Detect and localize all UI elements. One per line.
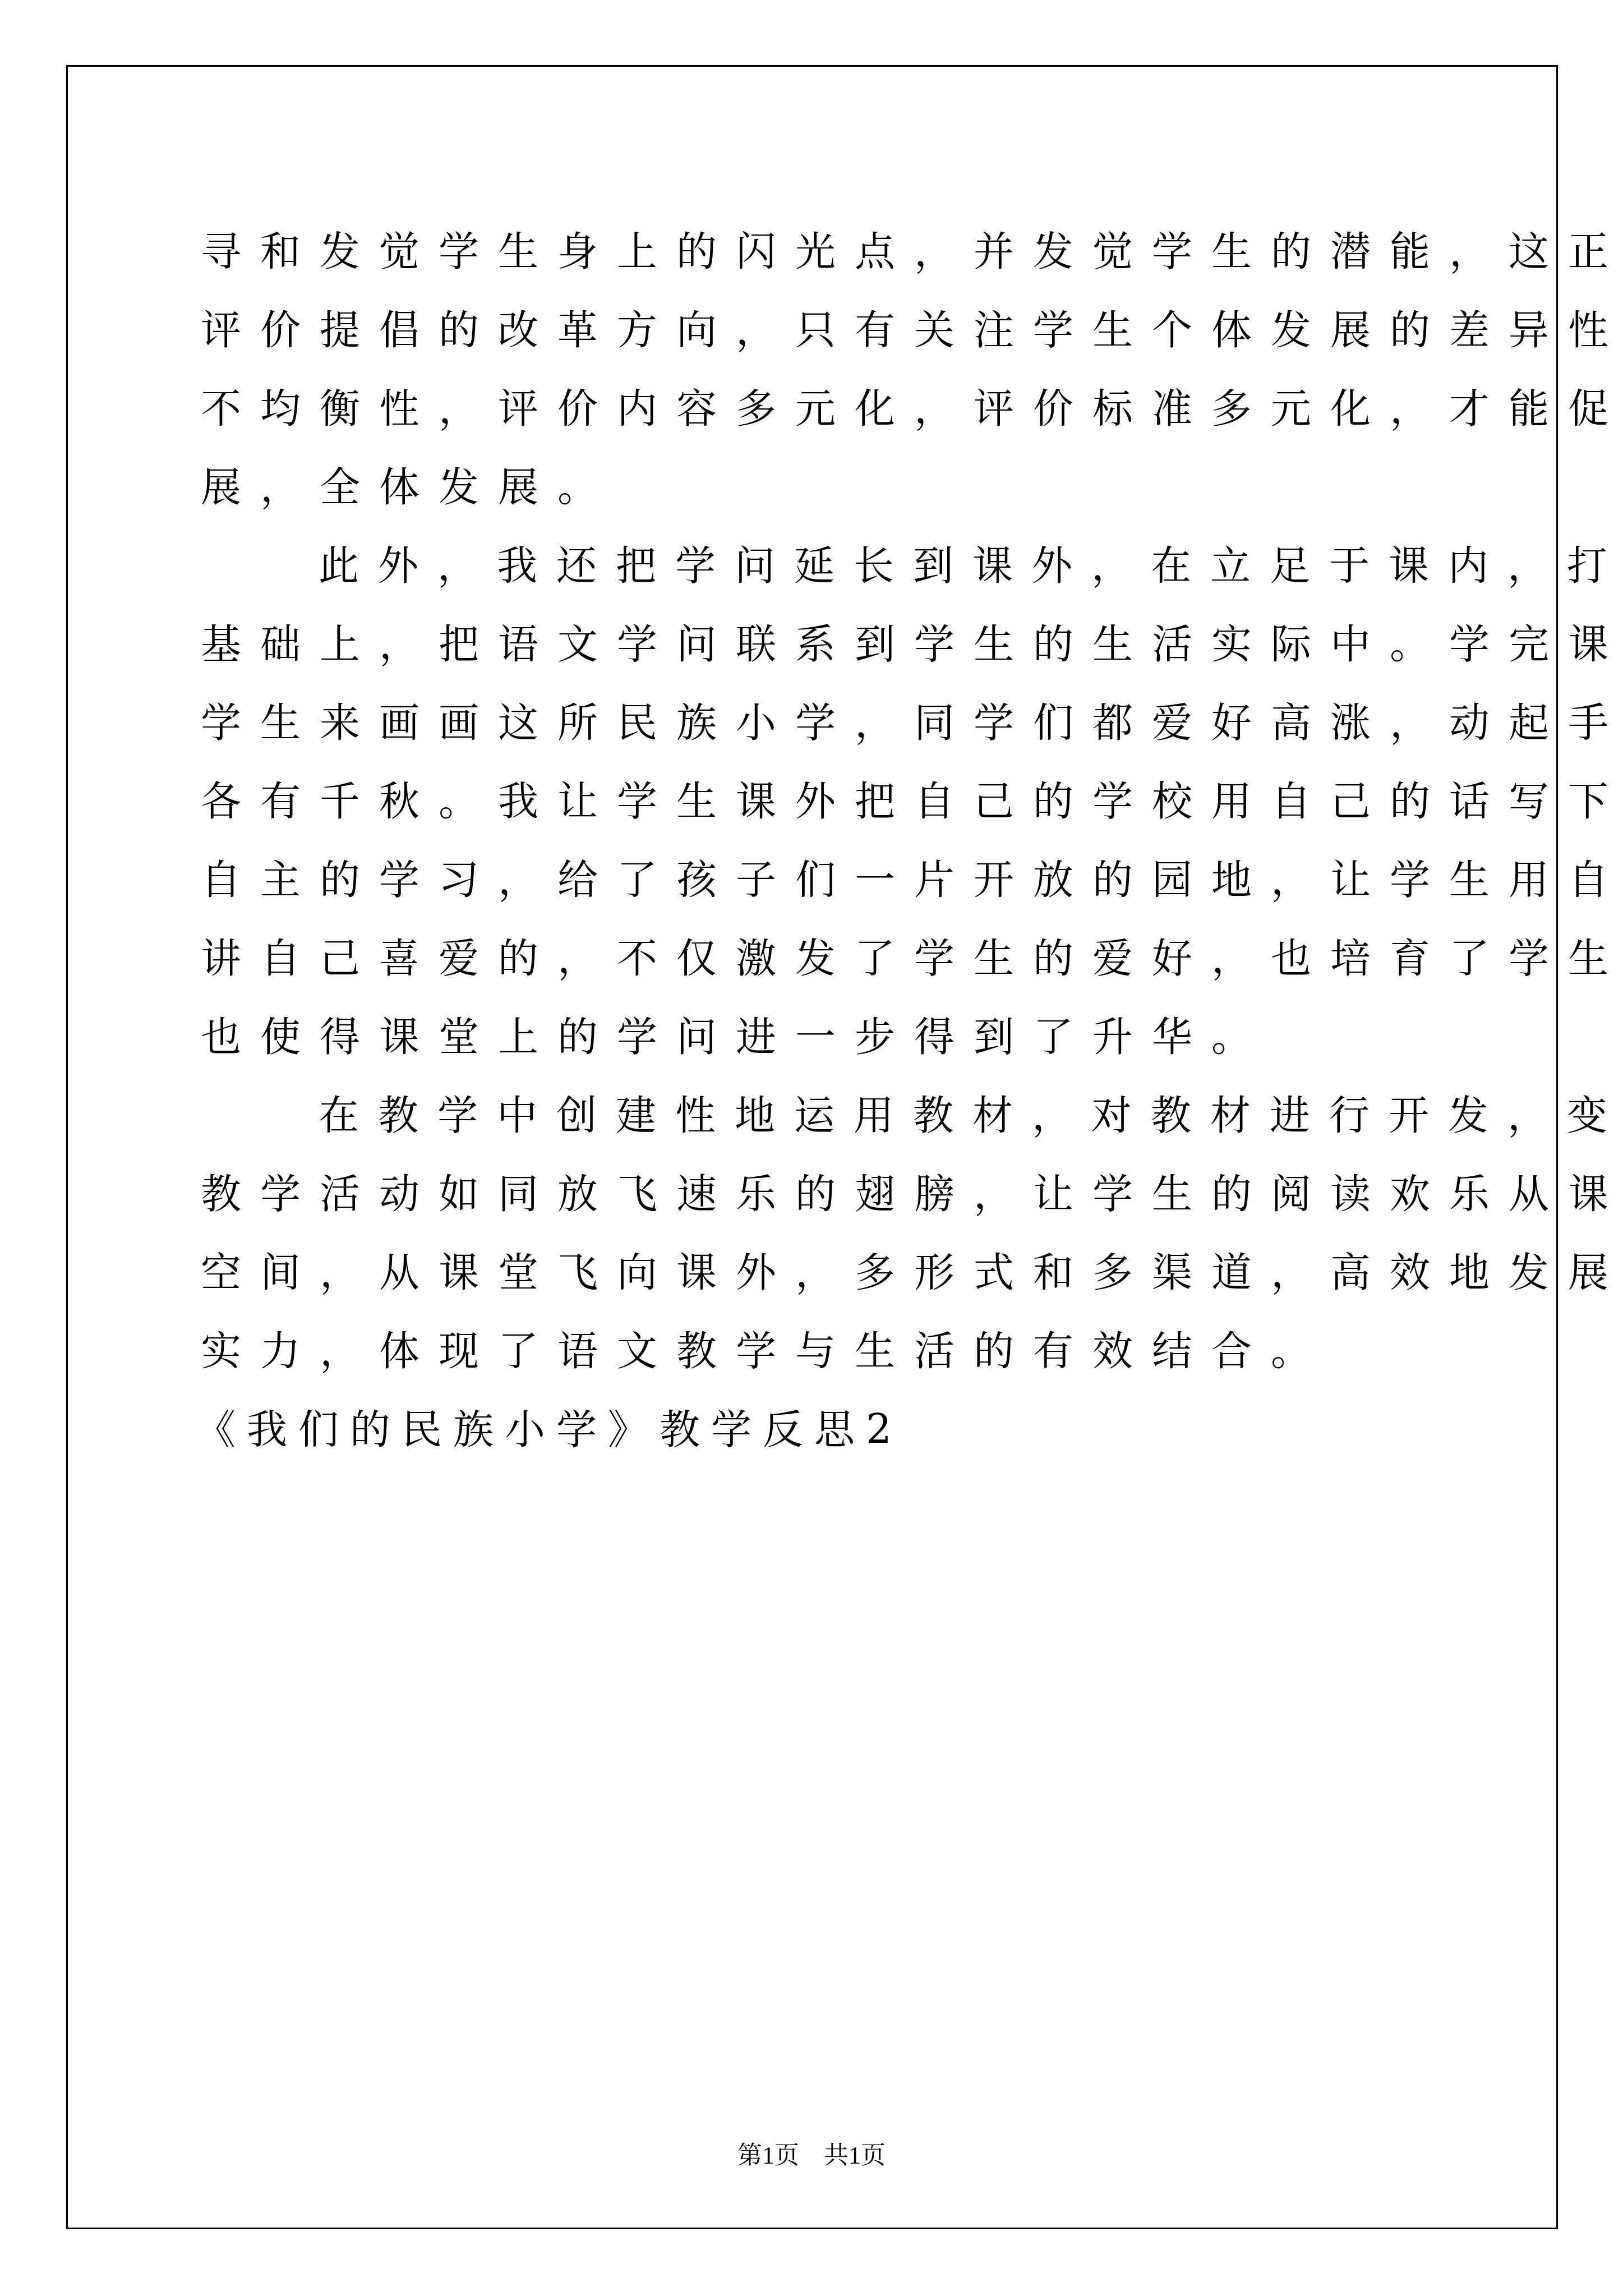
paragraph-2: 此外，我还把学问延长到课外，在立足于课内，打好语言文字的 基础上，把语文学问联系…	[201, 526, 1463, 1076]
text-line: 讲自己喜爱的，不仅激发了学生的爱好，也培育了学生的创新精神。	[201, 919, 1463, 997]
paragraph-3: 在教学中创建性地运用教材，对教材进行开发，变封闭为开放， 教学活动如同放飞速乐的…	[201, 1076, 1463, 1390]
page-footer: 第1页 共1页	[0, 2135, 1623, 2171]
text-line: 评价提倡的改革方向，只有关注学生个体发展的差异性和个体发展的	[201, 291, 1463, 369]
text-line: 在教学中创建性地运用教材，对教材进行开发，变封闭为开放，	[201, 1076, 1463, 1154]
text-line: 各有千秋。我让学生课外把自己的学校用自己的话写下来。这样主动、	[201, 762, 1463, 840]
text-line: 实力，体现了语文教学与生活的有效结合。	[201, 1312, 1463, 1390]
text-line: 展，全体发展。	[201, 448, 1463, 526]
text-line: 教学活动如同放飞速乐的翅膀，让学生的阅读欢乐从课本飞向想象的	[201, 1154, 1463, 1233]
text-line: 自主的学习，给了孩子们一片开放的园地，让学生用自己的话来讲，	[201, 840, 1463, 919]
text-line: 空间，从课堂飞向课外，多形式和多渠道，高效地发展了学生的语文	[201, 1233, 1463, 1312]
paragraph-1: 寻和发觉学生身上的闪光点，并发觉学生的潜能，这正是新课程学生 评价提倡的改革方向…	[201, 212, 1463, 526]
document-body: 寻和发觉学生身上的闪光点，并发觉学生的潜能，这正是新课程学生 评价提倡的改革方向…	[201, 212, 1463, 1469]
text-line: 此外，我还把学问延长到课外，在立足于课内，打好语言文字的	[201, 526, 1463, 605]
text-line: 寻和发觉学生身上的闪光点，并发觉学生的潜能，这正是新课程学生	[201, 212, 1463, 291]
text-line: 不均衡性，评价内容多元化，评价标准多元化，才能促进学生全面发	[201, 369, 1463, 448]
text-line: 也使得课堂上的学问进一步得到了升华。	[201, 997, 1463, 1076]
text-line: 基础上，把语文学问联系到学生的生活实际中。学完课文以后，我让	[201, 605, 1463, 683]
section-heading: 《我们的民族小学》教学反思2	[195, 1390, 1463, 1469]
text-line: 学生来画画这所民族小学，同学们都爱好高涨，动起手来了，画的是	[201, 683, 1463, 762]
